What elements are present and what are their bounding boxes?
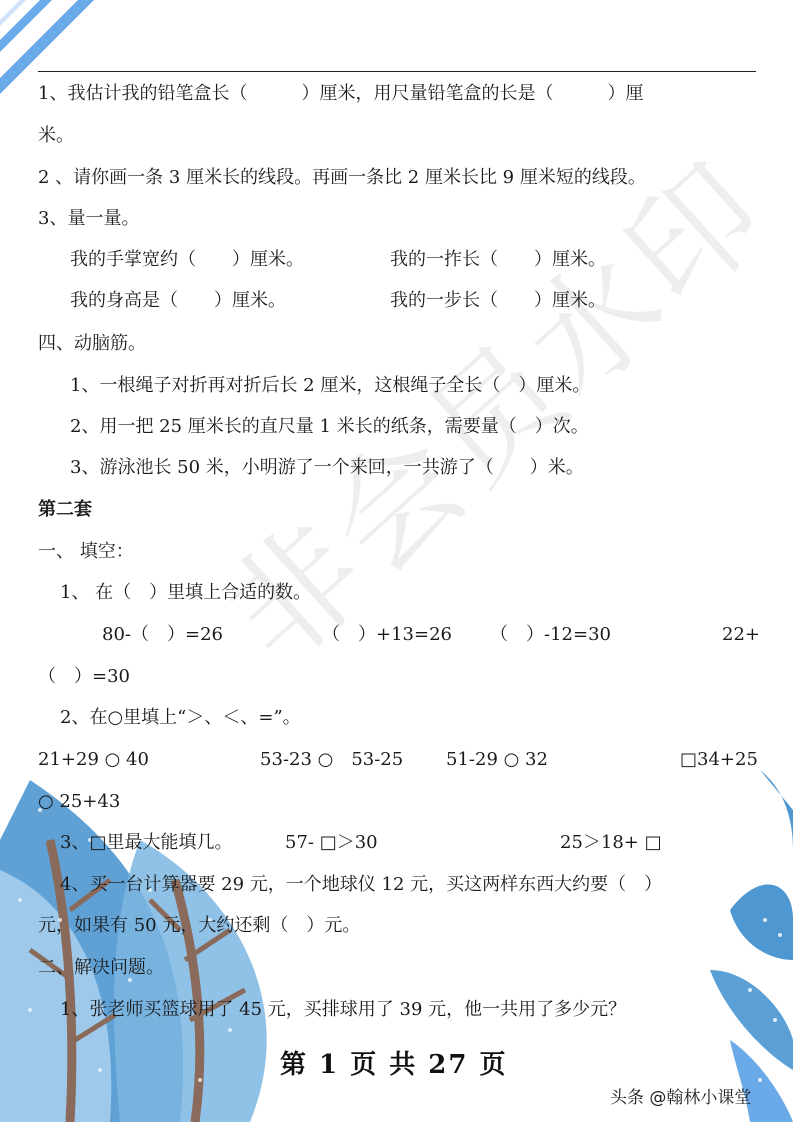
question-3-heading: 3、量一量。 xyxy=(38,207,139,231)
question-3-span-length: 我的一拃长（ ）厘米。 xyxy=(390,248,606,272)
question-3-palm-width: 我的手掌宽约（ ）厘米。 xyxy=(70,248,304,272)
section-4-question-2: 2、用一把 25 厘米长的直尺量 1 米长的纸条，需要量（ ）次。 xyxy=(70,415,589,439)
set-2-q2-expr-4-part-2: ○ 25+43 xyxy=(38,790,120,814)
set-2-q2-expr-4-part-1: □34+25 xyxy=(680,748,758,772)
set-2-section-2-heading: 二、解决问题。 xyxy=(38,956,164,980)
set-2-q2-expr-3: 51-29 ○ 32 xyxy=(446,748,548,772)
set-2-q3-expr-2: 25＞18+ □ xyxy=(560,831,662,855)
set-2-question-2: 2、在○里填上“＞、＜、=”。 xyxy=(60,706,301,730)
header-rule xyxy=(38,71,756,72)
set-2-q3-expr-1: 57- □＞30 xyxy=(285,831,378,855)
set-2-q1-expr-3: （ ）-12=30 xyxy=(490,623,611,647)
set-2-q1-expr-4-part-2: （ ）=30 xyxy=(38,665,130,689)
question-3-height: 我的身高是（ ）厘米。 xyxy=(70,289,286,313)
page-number: 第 1 页 共 27 页 xyxy=(280,1044,508,1081)
leaf-illustration-right xyxy=(690,770,793,1122)
set-2-section-1-heading: 一、 填空： xyxy=(38,540,134,564)
set-2-q1-expr-1: 80-（ ）=26 xyxy=(102,623,223,647)
source-credit: 头条 @翰林小课堂 xyxy=(610,1083,751,1108)
question-1-line-2: 米。 xyxy=(38,124,74,148)
set-2-q2-expr-1: 21+29 ○ 40 xyxy=(38,748,149,772)
set-2-question-4-line-1: 4、买一台计算器要 29 元，一个地球仪 12 元，买这两样东西大约要（ ） xyxy=(60,873,662,897)
set-2-question-3: 3、□里最大能填几。 xyxy=(60,831,232,855)
watermark: 非会员水印 xyxy=(180,112,793,697)
set-2-q2-expr-2: 53-23 ○ 53-25 xyxy=(260,748,403,772)
set-2-question-4-line-2: 元，如果有 50 元，大约还剩（ ）元。 xyxy=(38,914,360,938)
set-2-section-2-question-1: 1、张老师买篮球用了 45 元，买排球用了 39 元，他一共用了多少元？ xyxy=(60,998,626,1022)
set-2-title: 第二套 xyxy=(38,498,92,522)
set-2-question-1: 1、 在（ ）里填上合适的数。 xyxy=(60,581,311,605)
question-1-line-1: 1、我估计我的铅笔盒长（ ）厘米，用尺量铅笔盒的长是（ ）厘 xyxy=(38,82,643,106)
question-2: 2 、请你画一条 3 厘米长的线段。再画一条比 2 厘米长比 9 厘米短的线段。 xyxy=(38,166,646,190)
set-2-q1-expr-4-part-1: 22+ xyxy=(722,623,760,647)
section-4-question-3: 3、游泳池长 50 米，小明游了一个来回，一共游了（ ）米。 xyxy=(70,456,584,480)
set-2-q1-expr-2: （ ）+13=26 xyxy=(322,623,452,647)
question-3-step-length: 我的一步长（ ）厘米。 xyxy=(390,289,606,313)
section-4-heading: 四、动脑筋。 xyxy=(38,332,146,356)
section-4-question-1: 1、一根绳子对折再对折后长 2 厘米，这根绳子全长（ ）厘米。 xyxy=(70,374,590,398)
